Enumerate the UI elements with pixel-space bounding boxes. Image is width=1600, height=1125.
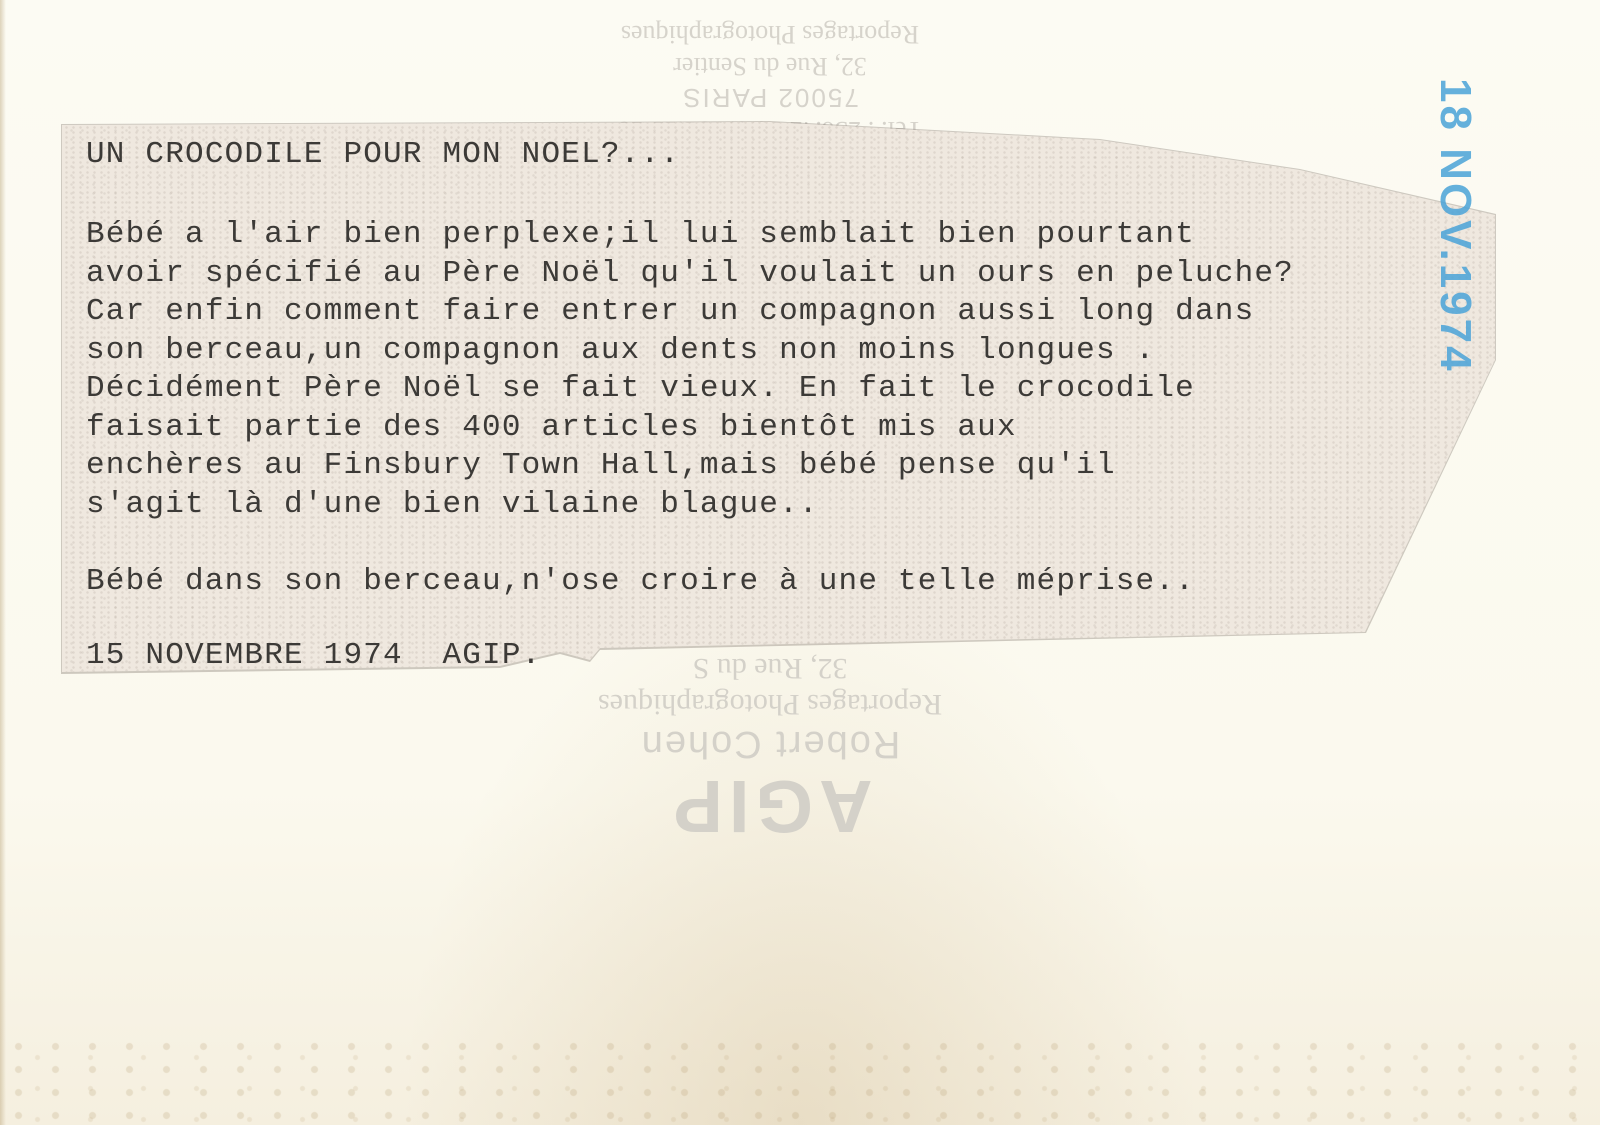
received-date-stamp: 18 NOV.1974 — [1430, 78, 1480, 378]
bleed-street: 32, Rue du Sentier — [540, 50, 1000, 82]
paper-edge — [0, 0, 6, 1125]
body-line: Car enfin comment faire entrer un compag… — [86, 293, 1486, 332]
body-line: Bébé a l'air bien perplexe;il lui sembla… — [86, 216, 1486, 255]
dateline: 15 NOVEMBRE 1974 AGIP. — [86, 636, 1486, 676]
bleed-service-line: Reportages Photographiques — [540, 686, 1000, 722]
bleed-photographer: Robert Cohen — [540, 722, 1000, 766]
body-line: s'agit là d'une bien vilaine blague.. — [86, 486, 1486, 525]
foxing-stains — [0, 1035, 1600, 1125]
body-line: son berceau,un compagnon aux dents non m… — [86, 332, 1486, 371]
body-line: avoir spécifié au Père Noël qu'il voulai… — [86, 255, 1486, 294]
body-line: enchères au Finsbury Town Hall,mais bébé… — [86, 447, 1486, 486]
body-line: faisait partie des 400 articles bientôt … — [86, 409, 1486, 448]
bleed-through-agency-stamp: AGIP Robert Cohen Reportages Photographi… — [540, 650, 1000, 846]
bleed-service: Reportages Photographiques — [540, 18, 1000, 50]
body-line: Décidément Père Noël se fait vieux. En f… — [86, 370, 1486, 409]
bleed-city: 75002 PARIS — [540, 82, 1000, 114]
clipping-text: UN CROCODILE POUR MON NOEL?... Bébé a l'… — [86, 132, 1486, 676]
clipping-title: UN CROCODILE POUR MON NOEL?... — [86, 132, 1486, 178]
photo-caption: Bébé dans son berceau,n'ose croire à une… — [86, 562, 1486, 602]
bleed-agency-logo: AGIP — [540, 766, 1000, 846]
